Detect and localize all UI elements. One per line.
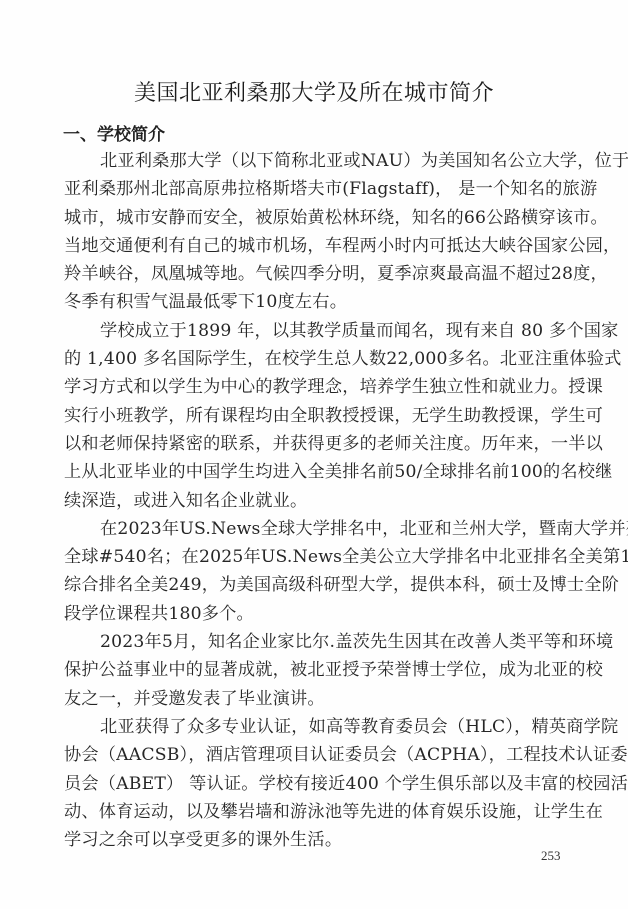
paragraph-line: 以和老师保持紧密的联系，并获得更多的老师关注度。历年来，一半以 — [64, 430, 569, 458]
paragraph-line: 动、体育运动，以及攀岩墙和游泳池等先进的体育娱乐设施，让学生在 — [64, 798, 569, 826]
paragraph-line: 学校成立于1899 年，以其教学质量而闻名，现有来自 80 多个国家 — [64, 317, 569, 345]
page-number: 253 — [541, 848, 561, 864]
paragraph-line: 学习方式和以学生为中心的教学理念，培养学生独立性和就业力。授课 — [64, 373, 569, 401]
paragraph-line: 当地交通便利有自己的城市机场，车程两小时内可抵达大峡谷国家公园， — [64, 232, 569, 260]
page-title: 美国北亚利桑那大学及所在城市简介 — [0, 76, 628, 107]
section-heading: 一、学校简介 — [63, 120, 165, 145]
paragraph-line: 员会（ABET） 等认证。学校有接近400 个学生俱乐部以及丰富的校园活 — [64, 770, 569, 798]
paragraph-line: 冬季有积雪气温最低零下10度左右。 — [64, 288, 569, 316]
paragraph-line: 续深造，或进入知名企业就业。 — [64, 487, 569, 515]
paragraph-line: 上从北亚毕业的中国学生均进入全美排名前50/全球排名前100的名校继 — [64, 458, 569, 486]
body-text: 北亚利桑那大学（以下简称北亚或NAU）为美国知名公立大学，位于 亚利桑那州北部高… — [64, 147, 569, 854]
paragraph-line: 实行小班教学，所有课程均由全职教授授课，无学生助教授课，学生可 — [64, 402, 569, 430]
paragraph-line: 学习之余可以享受更多的课外生活。 — [64, 826, 569, 854]
paragraph-line: 亚利桑那州北部高原弗拉格斯塔夫市(Flagstaff)， 是一个知名的旅游 — [64, 175, 569, 203]
paragraph-line: 羚羊峡谷，凤凰城等地。气候四季分明，夏季凉爽最高温不超过28度， — [64, 260, 569, 288]
paragraph-line: 协会（AACSB），酒店管理项目认证委员会（ACPHA），工程技术认证委 — [64, 741, 569, 769]
paragraph-line: 全球#540名；在2025年US.News全美公立大学排名中北亚排名全美第135… — [64, 543, 569, 571]
document-page: 美国北亚利桑那大学及所在城市简介 一、学校简介 北亚利桑那大学（以下简称北亚或N… — [0, 0, 628, 909]
paragraph-line: 2023年5月，知名企业家比尔.盖茨先生因其在改善人类平等和环境 — [64, 628, 569, 656]
paragraph-line: 友之一，并受邀发表了毕业演讲。 — [64, 685, 569, 713]
paragraph-line: 段学位课程共180多个。 — [64, 600, 569, 628]
paragraph-line: 城市，城市安静而安全，被原始黄松林环绕，知名的66公路横穿该市。 — [64, 204, 569, 232]
paragraph-line: 保护公益事业中的显著成就，被北亚授予荣誉博士学位，成为北亚的校 — [64, 656, 569, 684]
paragraph-line: 综合排名全美249，为美国高级科研型大学，提供本科，硕士及博士全阶 — [64, 571, 569, 599]
paragraph-line: 北亚获得了众多专业认证，如高等教育委员会（HLC），精英商学院 — [64, 713, 569, 741]
paragraph-line: 在2023年US.News全球大学排名中，北亚和兰州大学，暨南大学并列 — [64, 515, 569, 543]
paragraph-line: 北亚利桑那大学（以下简称北亚或NAU）为美国知名公立大学，位于 — [64, 147, 569, 175]
paragraph-line: 的 1,400 多名国际学生，在校学生总人数22,000多名。北亚注重体验式 — [64, 345, 569, 373]
